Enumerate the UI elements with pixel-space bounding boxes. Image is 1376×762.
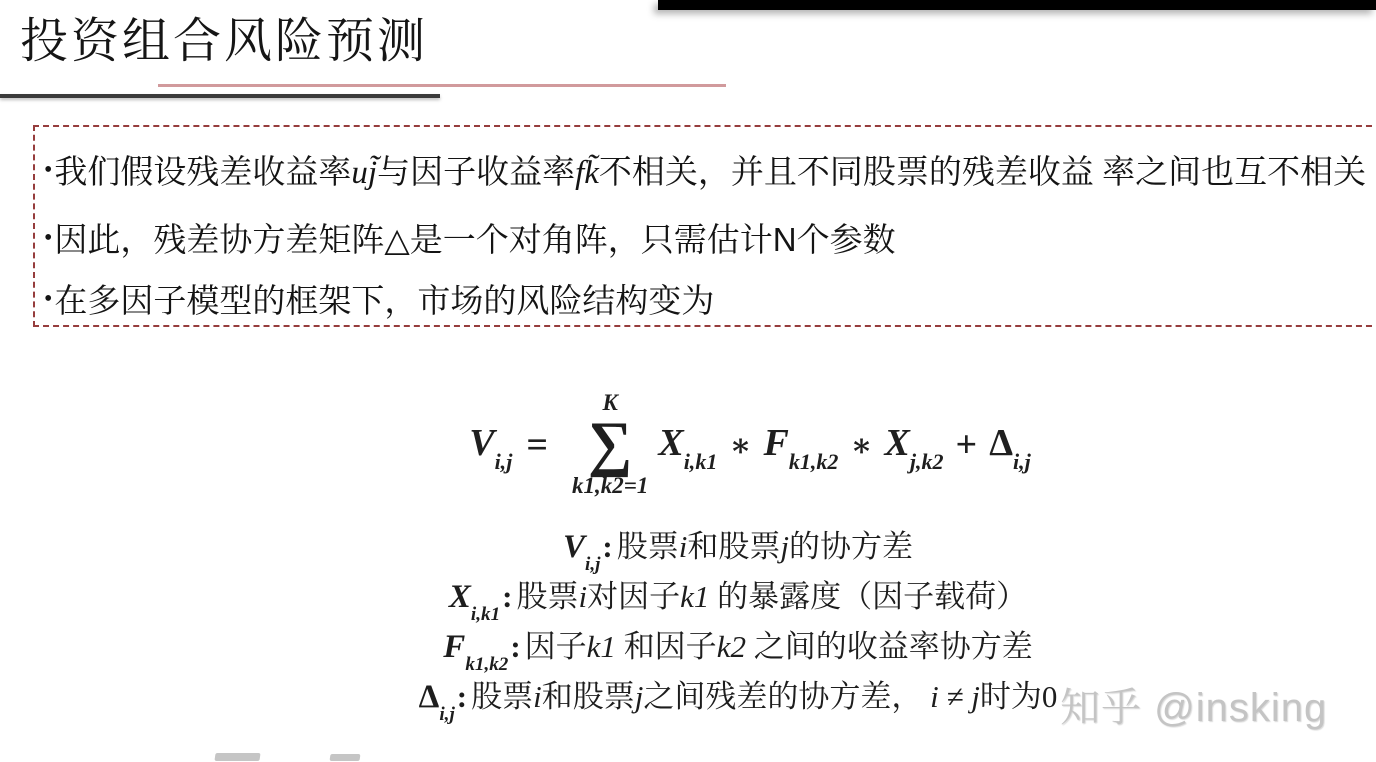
math-token: k1 (587, 629, 616, 664)
title-dark-underline (0, 94, 440, 98)
top-right-black-bar (658, 0, 1376, 10)
legend-symbol: Xi,k1 (449, 579, 500, 615)
legend-colon: : (502, 579, 512, 614)
legend-colon: : (510, 629, 520, 664)
term-1-symbol: X (658, 422, 683, 464)
legend-colon: : (457, 679, 467, 714)
text-run: 我们假设残差收益率 (54, 155, 351, 191)
term-3-symbol: X (885, 422, 910, 464)
text-run: 之间的收益率协方差 (746, 629, 1033, 664)
term-4-symbol: Δ (989, 422, 1013, 464)
text-run: 在多因子模型的框架下，市场的风险结构变为 (54, 284, 714, 320)
math-token: fk̃ (575, 155, 599, 191)
text-run: 和因子 (616, 629, 717, 664)
legend-symbol: Δi,j (419, 679, 455, 715)
bullet-dot: • (44, 225, 52, 251)
text-run: 之间残差的协方差， (643, 679, 930, 714)
legend-description: 股票i和股票j之间残差的协方差， i ≠ j时为0 (471, 679, 1057, 714)
bottom-edge-artifact (214, 753, 260, 761)
legend-description: 因子k1 和因子k2 之间的收益率协方差 (525, 629, 1033, 664)
math-token: k1 (680, 579, 709, 614)
slide-canvas: 投资组合风险预测 •我们假设残差收益率uj̃与因子收益率fk̃不相关，并且不同股… (0, 0, 1376, 762)
legend-symbol-letter: F (443, 629, 465, 665)
covariance-formula: Vi,j = K ∑ k1,k2=1 Xi,k1 ∗ Fk1,k2 ∗ Xj,k… (124, 385, 1376, 505)
bullet-item-2: •因此，残差协方差矩阵△是一个对角阵，只需估计N个参数 (44, 218, 1376, 261)
text-run: 股票 (516, 579, 578, 614)
bullet-dot: • (44, 157, 52, 183)
formula-term-3: Xj,k2 (885, 421, 944, 470)
bullet-item-1: •我们假设残差收益率uj̃与因子收益率fk̃不相关，并且不同股票的残差收益 率之… (44, 150, 1376, 193)
bullet-text-2: 因此，残差协方差矩阵△是一个对角阵，只需估计N个参数 (54, 223, 895, 259)
formula-term-1: Xi,k1 (658, 421, 717, 470)
legend-symbol-subscript: k1,k2 (465, 654, 508, 675)
math-token: i ≠ j (930, 679, 980, 714)
text-run: 和股票 (687, 529, 780, 564)
page-title: 投资组合风险预测 (20, 2, 428, 71)
text-run: 的暴露度（因子载荷） (709, 579, 1027, 614)
formula-lhs-subscript: i,j (495, 449, 513, 474)
text-run: 不相关，并且不同股票的残差收益 率之间也互不相关 (599, 155, 1366, 191)
text-run: 时为 (980, 679, 1042, 714)
math-token: i (578, 579, 587, 614)
legend-symbol: Fk1,k2 (443, 629, 508, 665)
text-run: 和股票 (542, 679, 635, 714)
term-2-subscript: k1,k2 (789, 449, 839, 474)
bullet-dot: • (44, 286, 52, 312)
text-run: 0 (1042, 679, 1058, 714)
legend-symbol-subscript: i,j (439, 704, 454, 725)
bullet-text-3: 在多因子模型的框架下，市场的风险结构变为 (54, 284, 714, 320)
zhihu-watermark: 知乎 @insking (1060, 676, 1327, 733)
math-token: j (780, 529, 789, 564)
text-run: 因子 (525, 629, 587, 664)
legend-description: 股票i对因子k1 的暴露度（因子载荷） (516, 579, 1027, 614)
text-run: 的协方差 (789, 529, 913, 564)
legend-line-x: Xi,k1:股票i对因子k1 的暴露度（因子载荷） (100, 572, 1376, 622)
bullet-item-3: •在多因子模型的框架下，市场的风险结构变为 (44, 279, 1376, 322)
legend-symbol: Vi,j (563, 529, 600, 565)
text-run: 股票 (617, 529, 679, 564)
legend-symbol-letter: Δ (419, 679, 440, 715)
formula-term-4: Δi,j (989, 421, 1031, 470)
text-run: 股票 (471, 679, 533, 714)
legend-symbol-subscript: i,k1 (471, 604, 500, 625)
title-accent-underline (158, 84, 726, 87)
formula-term-2: Fk1,k2 (763, 421, 838, 470)
term-3-subscript: j,k2 (910, 449, 944, 474)
text-run: 与因子收益率 (377, 155, 575, 191)
legend-description: 股票i和股票j的协方差 (617, 529, 913, 564)
term-4-subscript: i,j (1013, 449, 1031, 474)
plus-operator: + (956, 423, 978, 467)
legend-symbol-letter: V (563, 529, 585, 565)
sigma-symbol: ∑ (588, 414, 632, 474)
legend-symbol-subscript: i,j (585, 554, 600, 575)
term-2-symbol: F (763, 422, 788, 464)
bottom-edge-artifact (330, 754, 361, 761)
text-run: N (773, 221, 797, 258)
text-run: 对因子 (587, 579, 680, 614)
math-token: i (533, 679, 542, 714)
formula-lhs-symbol: V (469, 422, 494, 464)
multiply-operator-1: ∗ (729, 426, 751, 464)
equals-sign: = (526, 423, 548, 467)
math-token: uj̃ (351, 155, 377, 191)
text-run: 因此，残差协方差矩阵△是一个对角阵，只需估计 (54, 223, 772, 259)
formula-lhs: Vi,j (469, 421, 512, 470)
legend-colon: : (602, 529, 612, 564)
term-1-subscript: i,k1 (684, 449, 718, 474)
legend-line-f: Fk1,k2:因子k1 和因子k2 之间的收益率协方差 (100, 622, 1376, 672)
legend-line-v: Vi,j:股票i和股票j的协方差 (100, 522, 1376, 572)
math-token: k2 (717, 629, 746, 664)
bullet-text-1: 我们假设残差收益率uj̃与因子收益率fk̃不相关，并且不同股票的残差收益 率之间… (54, 155, 1366, 191)
text-run: 个参数 (797, 223, 896, 259)
summation-block: K ∑ k1,k2=1 (572, 392, 648, 498)
legend-symbol-letter: X (449, 579, 471, 615)
multiply-operator-2: ∗ (850, 426, 872, 464)
summation-lower-limit: k1,k2=1 (572, 474, 648, 498)
